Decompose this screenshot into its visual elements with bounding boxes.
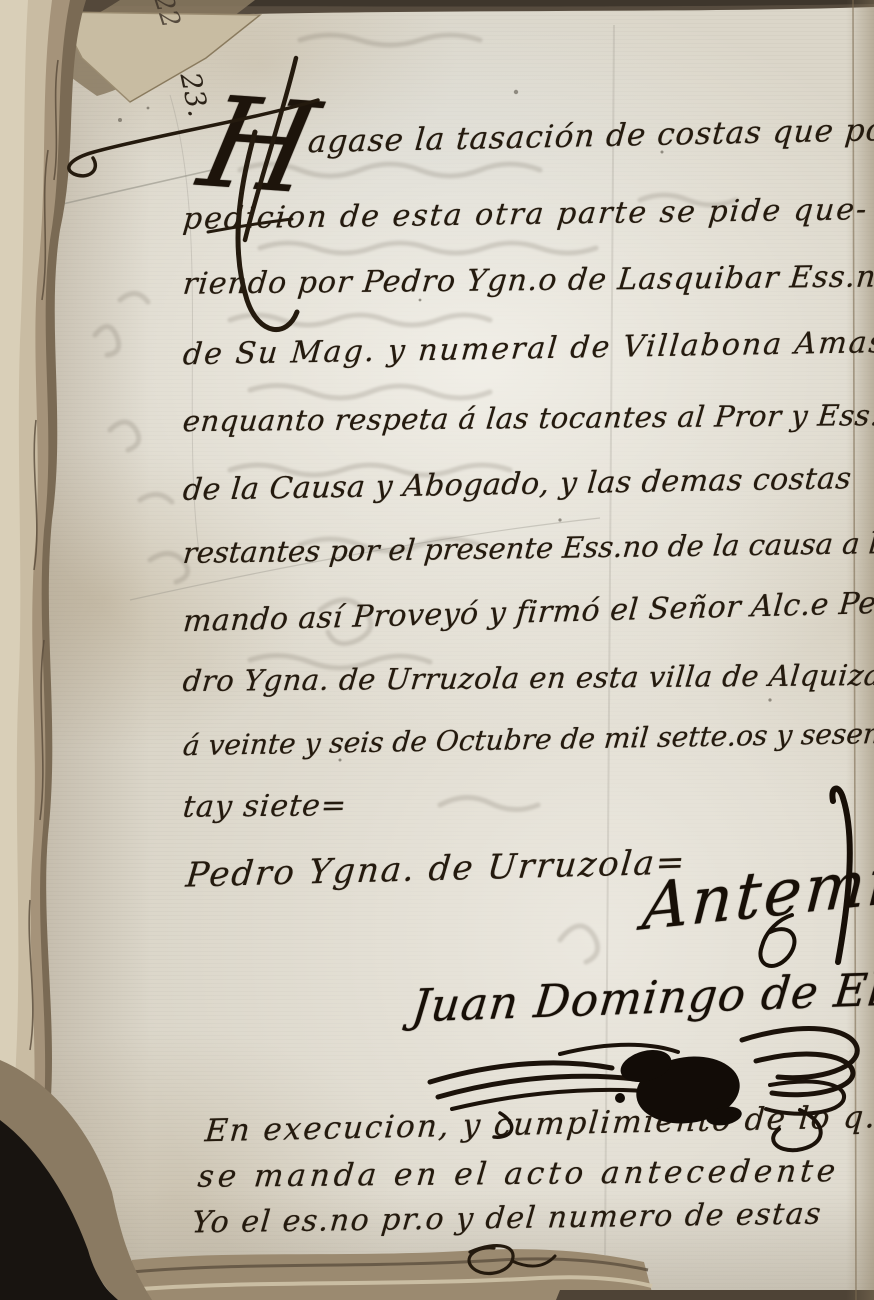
closing-line-2: se manda en el acto antecedente: [196, 1153, 841, 1195]
manuscript-line-11: tay siete=: [181, 788, 348, 824]
manuscript-line-5: enquanto respeta á las tocantes al Pror …: [181, 398, 874, 438]
manuscript-line-3: riendo por Pedro Ygn.o de Lasquibar Ess.…: [181, 259, 874, 301]
top-page-edge: [0, 0, 874, 102]
manuscript-line-9: dro Ygna. de Urruzola en esta villa de A…: [181, 658, 874, 698]
manuscript-page: 22 23. H agase la tasación de costas que…: [0, 0, 874, 1300]
